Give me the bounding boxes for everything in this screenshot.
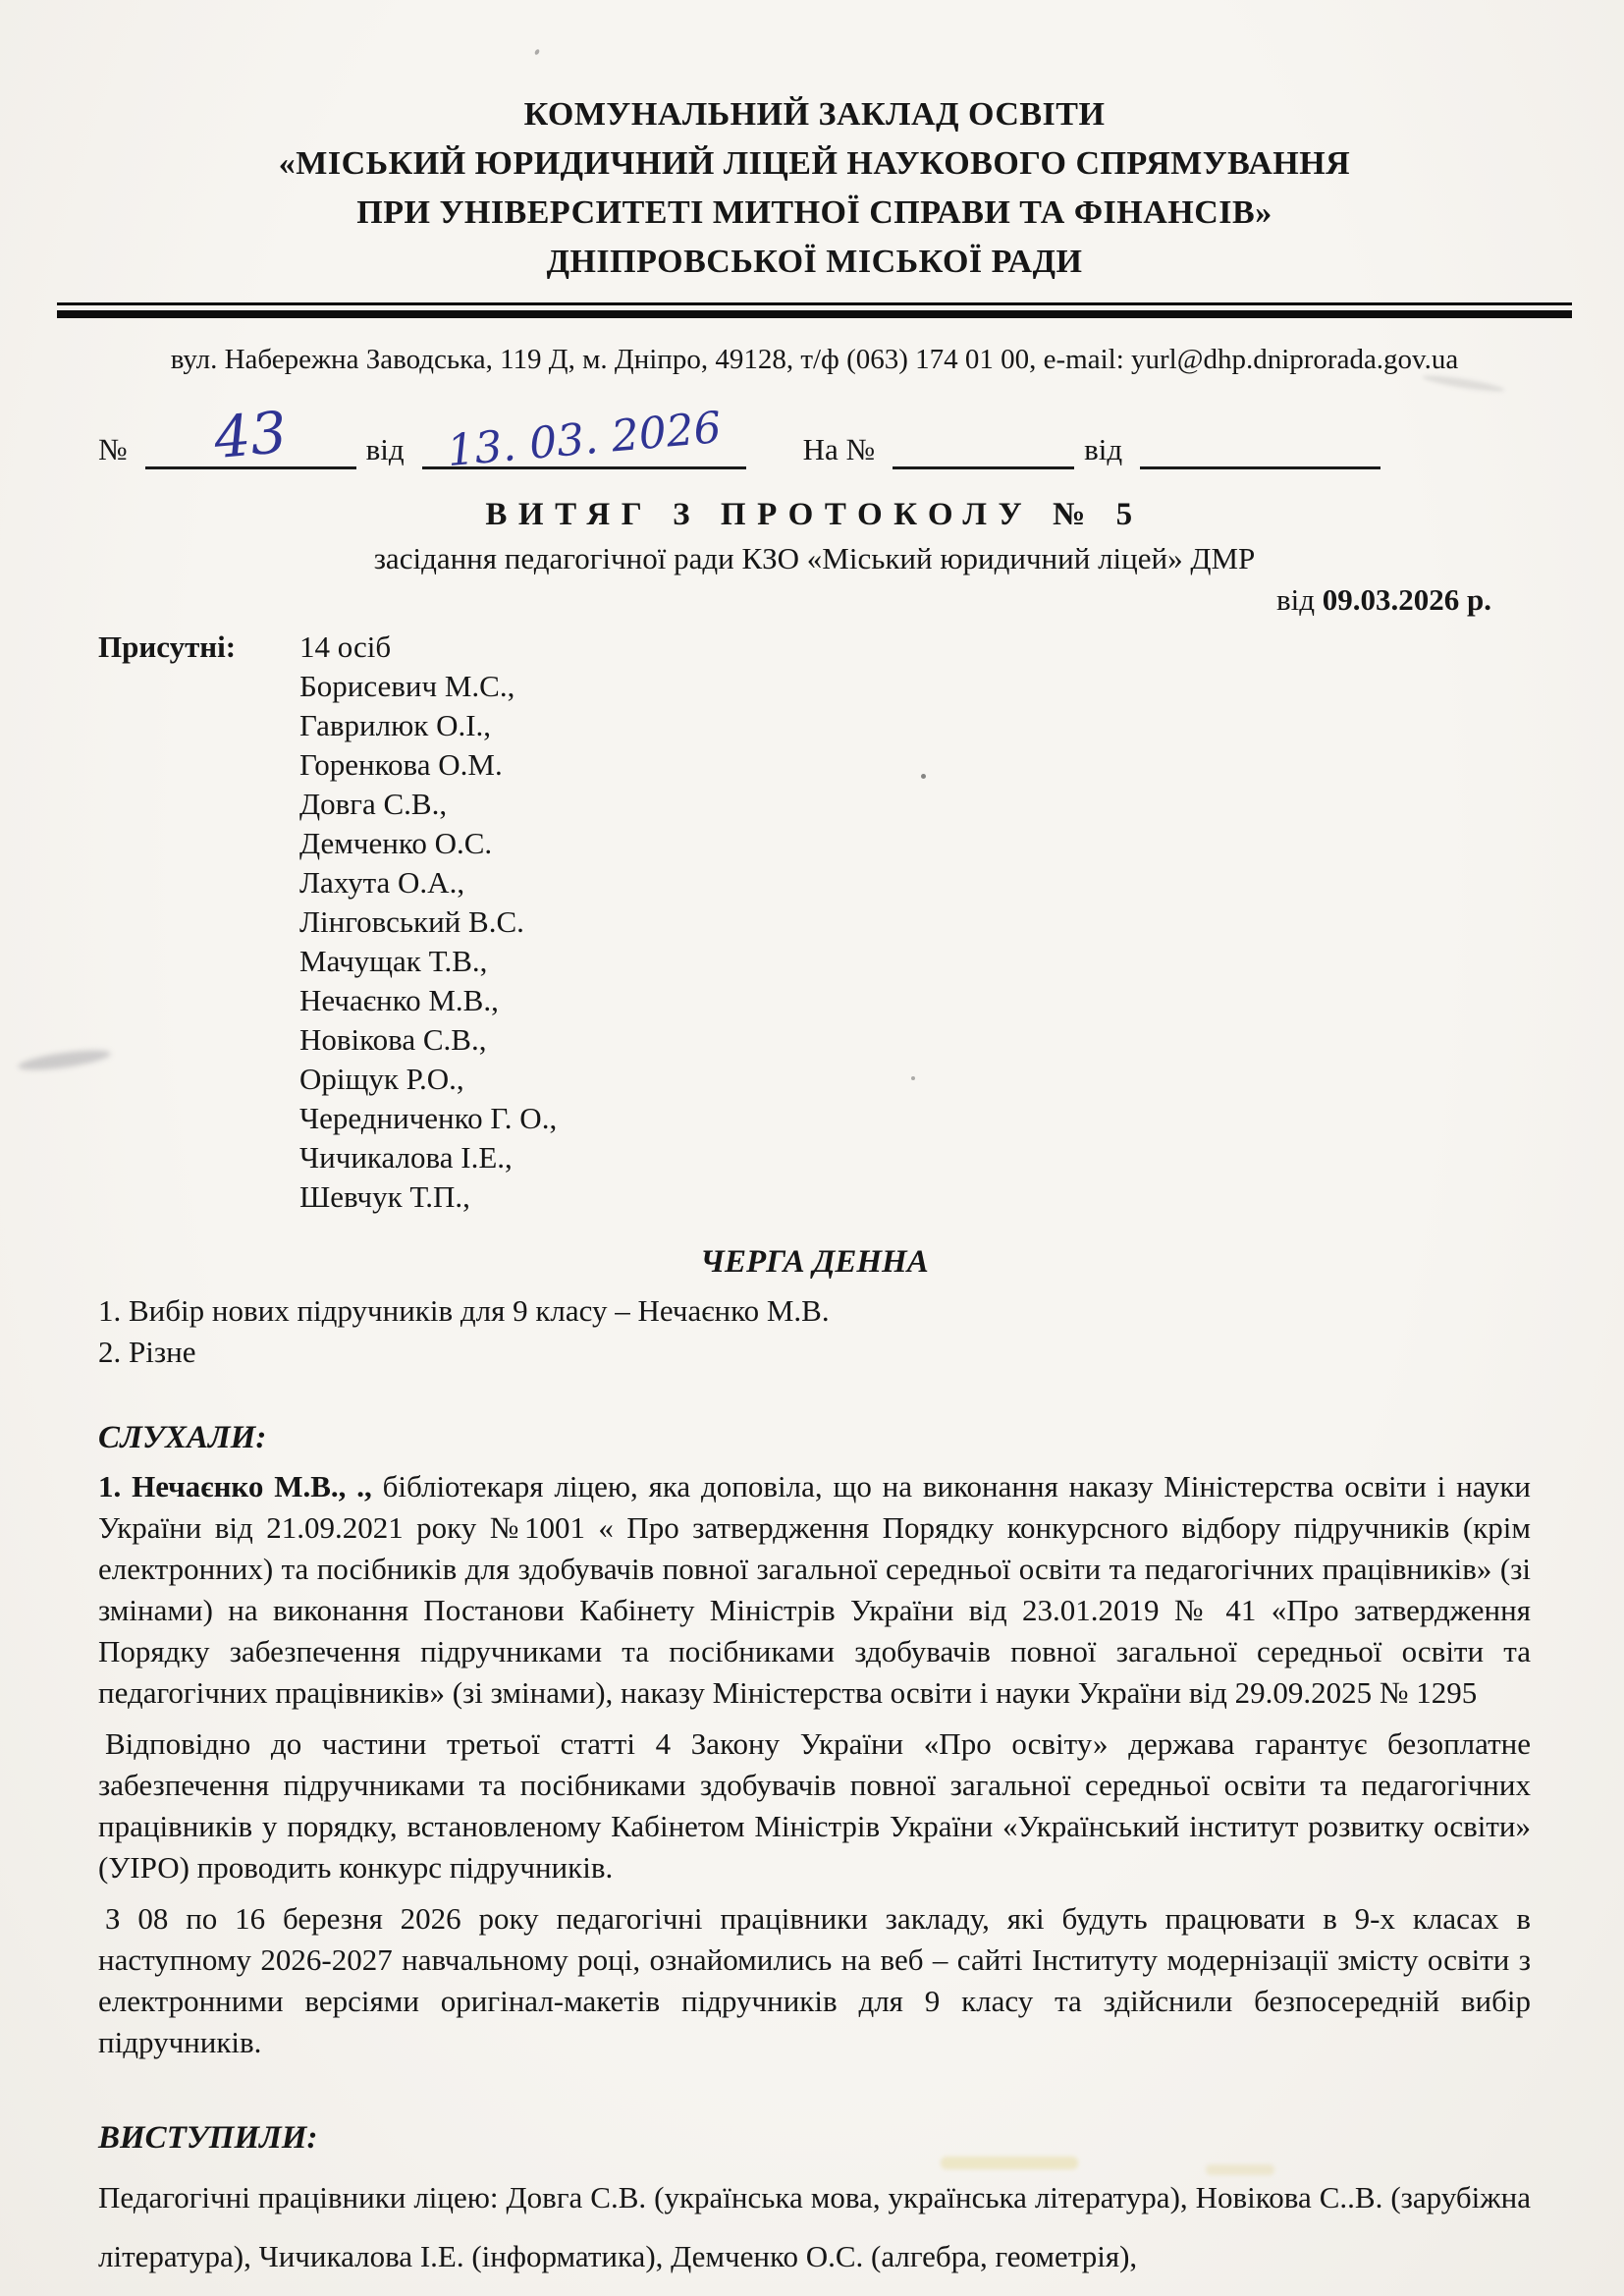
org-header-line-1: КОМУНАЛЬНИЙ ЗАКЛАД ОСВІТИ	[98, 90, 1531, 139]
heard-speaker-name: 1. Нечаєнко М.В., .,	[98, 1469, 372, 1503]
spoke-paragraph: Педагогічні працівники ліцею: Довга С.В.…	[98, 2168, 1531, 2286]
attendee-name: Лінговський В.С.	[299, 902, 1531, 942]
protocol-date: 09.03.2026 р.	[1323, 582, 1491, 617]
attendees-label: Присутні:	[98, 628, 299, 1217]
reply-number-blank	[893, 425, 1074, 469]
reply-date-label: від	[1084, 432, 1130, 469]
attendee-name: Нечаєнко М.В.,	[299, 981, 1531, 1020]
doc-number-label: №	[98, 432, 135, 469]
document-subtitle: засідання педагогічної ради КЗО «Міський…	[98, 541, 1531, 576]
attendees-section: Присутні: 14 осіб Борисевич М.С., Гаврил…	[98, 628, 1531, 1217]
agenda-heading: ЧЕРГА ДЕННА	[98, 1244, 1531, 1281]
attendee-name: Лахута О.А.,	[299, 863, 1531, 902]
scan-speck-artifact	[534, 48, 540, 55]
org-header-line-2: «МІСЬКИЙ ЮРИДИЧНИЙ ЛІЦЕЙ НАУКОВОГО СПРЯМ…	[98, 139, 1531, 189]
attendees-count: 14 осіб	[299, 628, 1531, 667]
heard-paragraph-1-text: бібліотекаря ліцею, яка доповіла, що на …	[98, 1469, 1531, 1710]
organization-header: КОМУНАЛЬНИЙ ЗАКЛАД ОСВІТИ «МІСЬКИЙ ЮРИДИ…	[98, 90, 1531, 287]
document-title: ВИТЯГ З ПРОТОКОЛУ № 5	[98, 497, 1531, 533]
reference-number-row: № 43 від 13. 03. 2026 На № від	[98, 425, 1531, 469]
attendee-name: Гаврилюк О.І.,	[299, 706, 1531, 745]
protocol-date-line: від 09.03.2026 р.	[98, 582, 1531, 618]
attendee-name: Довга С.В.,	[299, 785, 1531, 824]
attendee-name: Шевчук Т.П.,	[299, 1177, 1531, 1217]
handwritten-doc-date: 13. 03. 2026	[445, 403, 723, 476]
agenda-items: 1. Вибір нових підручників для 9 класу –…	[98, 1290, 1531, 1373]
agenda-item-1: 1. Вибір нових підручників для 9 класу –…	[98, 1290, 1531, 1332]
letterhead-divider-rule	[57, 302, 1572, 318]
attendee-name: Чередниченко Г. О.,	[299, 1099, 1531, 1138]
attendees-list: 14 осіб Борисевич М.С., Гаврилюк О.І., Г…	[299, 628, 1531, 1217]
org-header-line-4: ДНІПРОВСЬКОЇ МІСЬКОЇ РАДИ	[98, 238, 1531, 287]
doc-date-label: від	[366, 432, 412, 469]
attendee-name: Борисевич М.С.,	[299, 667, 1531, 706]
attendee-name: Горенкова О.М.	[299, 745, 1531, 785]
heard-paragraph-3: З 08 по 16 березня 2026 року педагогічні…	[98, 1898, 1531, 2063]
doc-number-blank: 43	[145, 425, 356, 469]
heard-paragraph-2: Відповідно до частини третьої статті 4 З…	[98, 1723, 1531, 1888]
attendee-name: Демченко О.С.	[299, 824, 1531, 863]
protocol-date-prefix: від	[1276, 582, 1323, 617]
attendee-name: Чичикалова І.Е.,	[299, 1138, 1531, 1177]
attendee-name: Новікова С.В.,	[299, 1020, 1531, 1060]
heard-paragraph-1: 1. Нечаєнко М.В., ., бібліотекаря ліцею,…	[98, 1466, 1531, 1714]
reply-number-label: На №	[803, 432, 883, 469]
attendee-name: Мачущак Т.В.,	[299, 942, 1531, 981]
spoke-section-heading: ВИСТУПИЛИ:	[98, 2120, 1531, 2157]
doc-date-blank: 13. 03. 2026	[422, 425, 746, 469]
heard-section-heading: СЛУХАЛИ:	[98, 1420, 1531, 1456]
reply-date-blank	[1140, 425, 1380, 469]
org-header-line-3: ПРИ УНІВЕРСИТЕТІ МИТНОЇ СПРАВИ ТА ФІНАНС…	[98, 189, 1531, 238]
attendee-name: Оріщук Р.О.,	[299, 1060, 1531, 1099]
scanned-document-page: КОМУНАЛЬНИЙ ЗАКЛАД ОСВІТИ «МІСЬКИЙ ЮРИДИ…	[0, 0, 1624, 2296]
reply-reference-group: На № від	[803, 425, 1391, 469]
handwritten-doc-number: 43	[211, 399, 289, 471]
address-line: вул. Набережна Заводська, 119 Д, м. Дніп…	[98, 344, 1531, 376]
agenda-item-2: 2. Різне	[98, 1332, 1531, 1373]
